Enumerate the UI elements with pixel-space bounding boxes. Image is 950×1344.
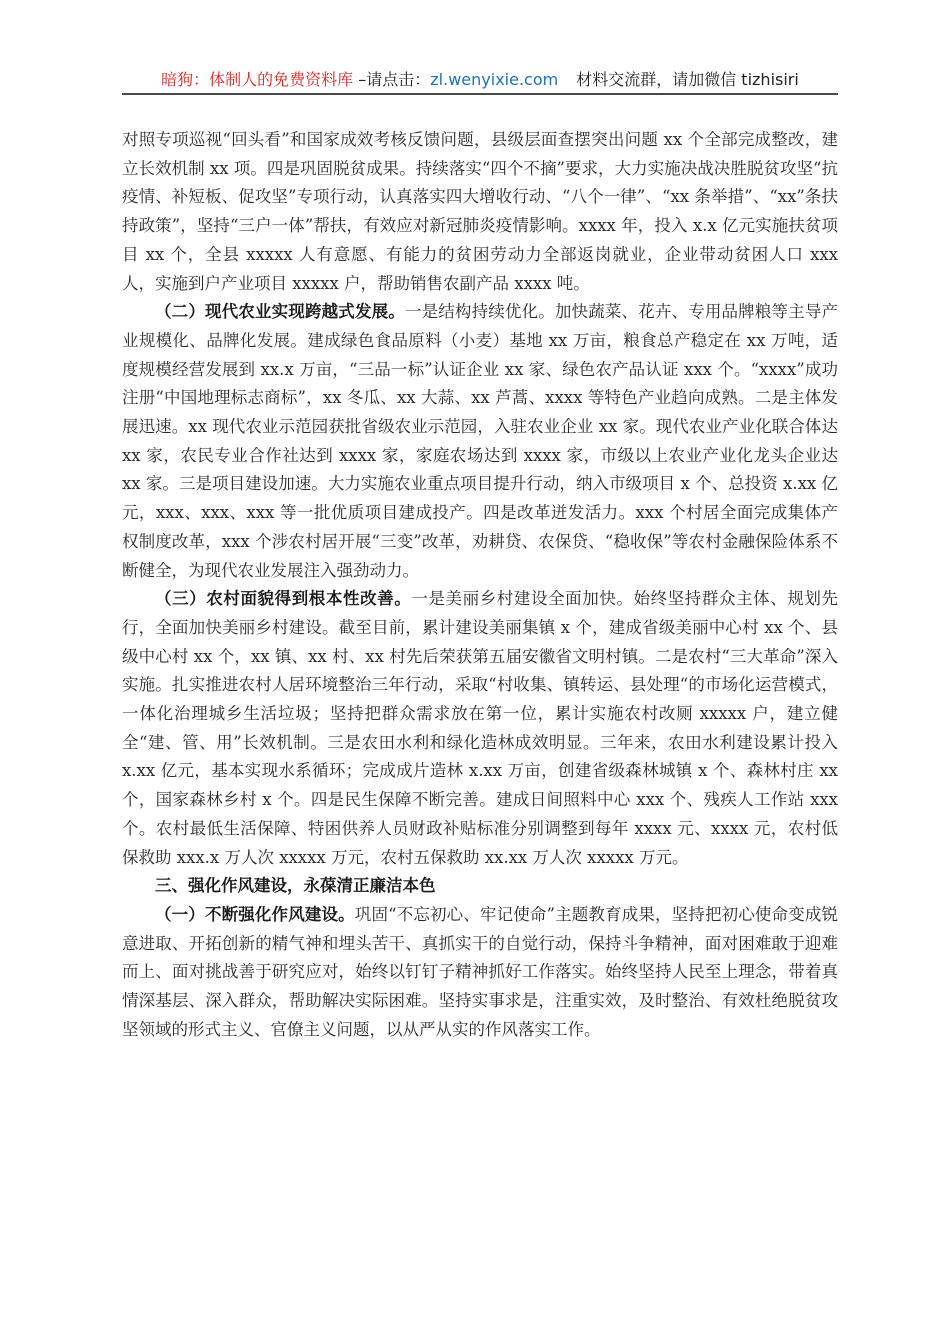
subsection-heading: （一）不断强化作风建设。 (155, 905, 355, 924)
header-cta-text: –请点击： (353, 70, 430, 89)
paragraph-modern-agriculture: （二）现代农业实现跨越式发展。一是结构持续优化。加快蔬菜、花卉、专用品牌粮等主导… (122, 298, 838, 585)
subsection-heading: （三）农村面貌得到根本性改善。 (155, 589, 411, 608)
document-body: 对照专项巡视“回头看”和国家成效考核反馈问题，县级层面查摆突出问题 xx 个全部… (122, 126, 838, 1045)
paragraph-continuation: 对照专项巡视“回头看”和国家成效考核反馈问题，县级层面查摆突出问题 xx 个全部… (122, 126, 838, 298)
paragraph-text: 巩固“不忘初心、牢记使命”主题教育成果，坚持把初心使命变成锐意进取、开拓创新的精… (122, 905, 838, 1039)
paragraph-text: 对照专项巡视“回头看”和国家成效考核反馈问题，县级层面查摆突出问题 xx 个全部… (122, 130, 838, 293)
paragraph-text: 一是结构持续优化。加快蔬菜、花卉、专用品牌粮等主导产业规模化、品牌化发展。建成绿… (122, 302, 838, 579)
paragraph-rural-appearance: （三）农村面貌得到根本性改善。一是美丽乡村建设全面加快。始终坚持群众主体、规划先… (122, 585, 838, 872)
subsection-heading: （二）现代农业实现跨越式发展。 (155, 302, 405, 321)
paragraph-work-style: （一）不断强化作风建设。巩固“不忘初心、牢记使命”主题教育成果，坚持把初心使命变… (122, 901, 838, 1045)
header-site-link[interactable]: zl.wenyixie.com (430, 70, 558, 89)
document-page: 暗狗：体制人的免费资料库 –请点击：zl.wenyixie.com材料交流群，请… (0, 0, 950, 1344)
header-divider (122, 93, 838, 95)
section-heading: 三、强化作风建设，永葆清正廉洁本色 (122, 872, 838, 901)
paragraph-text: 一是美丽乡村建设全面加快。始终坚持群众主体、规划先行，全面加快美丽乡村建设。截至… (122, 589, 838, 866)
page-header-banner: 暗狗：体制人的免费资料库 –请点击：zl.wenyixie.com材料交流群，请… (122, 68, 838, 92)
header-wechat-group-text: 材料交流群，请加微信 tizhisiri (576, 70, 799, 89)
header-brand-text: 暗狗：体制人的免费资料库 (161, 70, 353, 89)
